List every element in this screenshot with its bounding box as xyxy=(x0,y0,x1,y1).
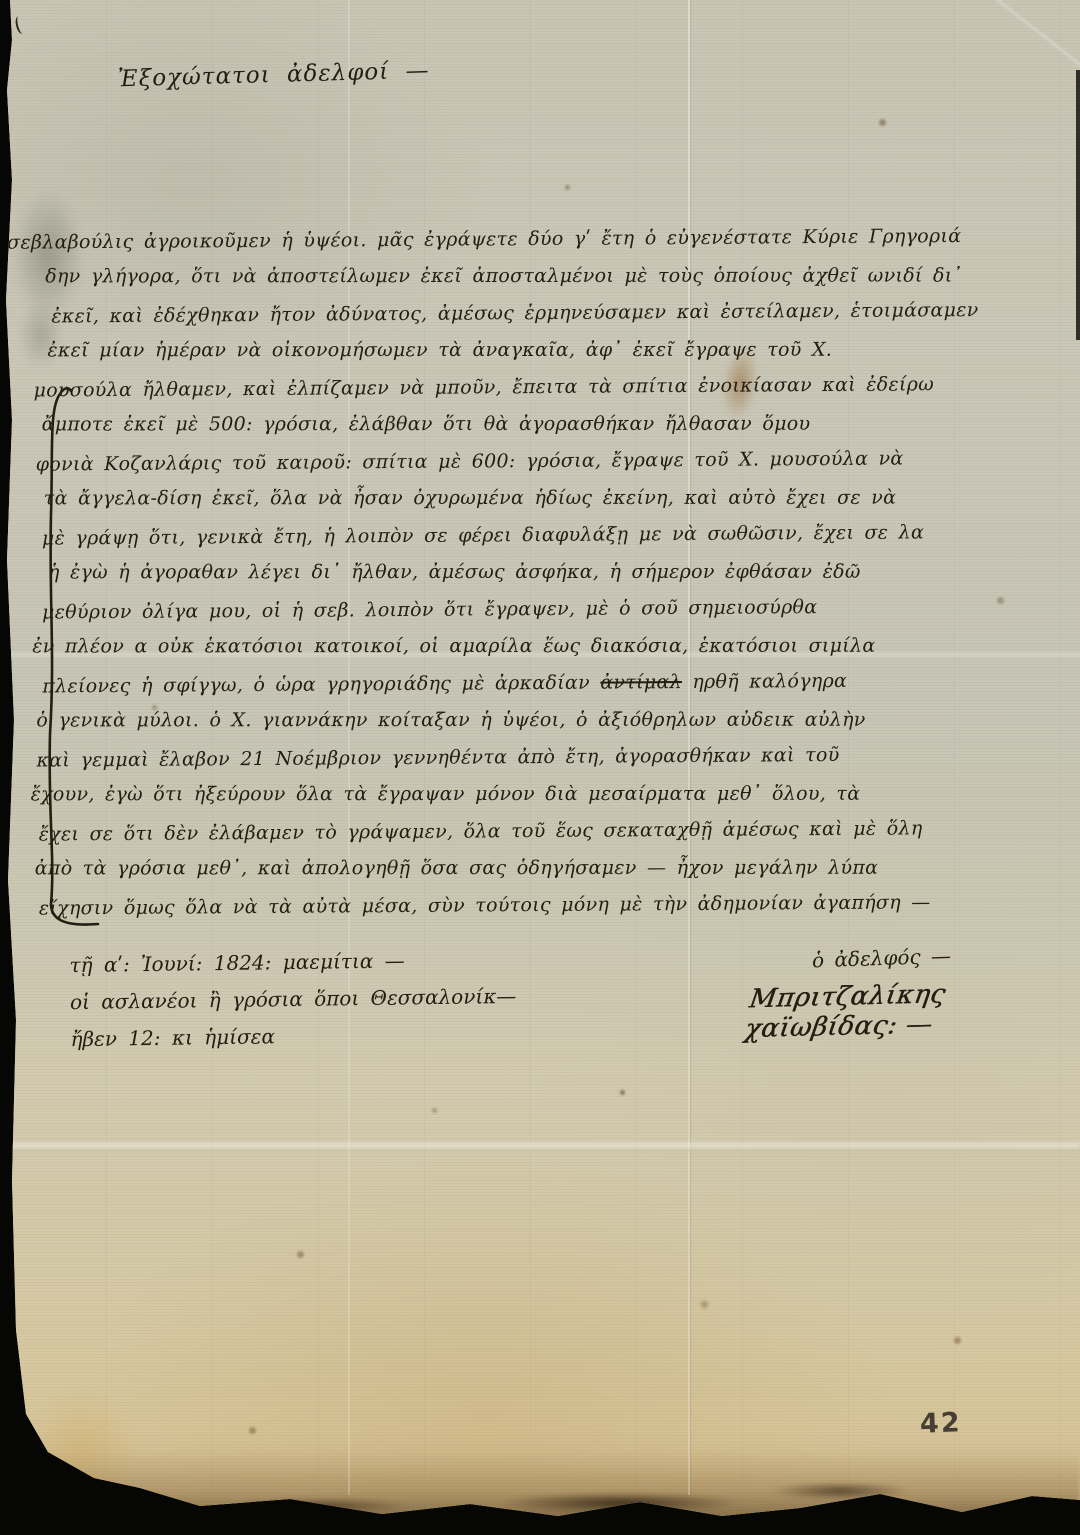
letter-body: σεβλαβούλις ἀγροικοῦμεν ἡ ὑψέοι. μᾶς ἐγρ… xyxy=(7,220,1065,926)
horizontal-fold-crease xyxy=(0,1142,1080,1149)
scan-edge-shadow xyxy=(1076,70,1080,340)
date-block: τῇ αʹ: Ἰουνί: 1824: μαεμίτια — οἱ ασλανέ… xyxy=(69,941,517,1058)
body-line: ἡ ἐγὼ ἡ ἀγοραθαν λέγει δι᾽ ἤλθαν, ἀμέσως… xyxy=(48,554,1064,592)
body-line: ἔχει σε ὅτι δὲν ἐλάβαμεν τὸ γράψαμεν, ὅλ… xyxy=(39,809,1065,853)
body-line: ἐκεῖ μίαν ἡμέραν νὰ οἰκονομήσωμεν τὰ ἀνα… xyxy=(47,332,1063,370)
place-line: οἱ ασλανέοι ἢ γρόσια ὅποι Θεσσαλονίκ— xyxy=(70,978,517,1021)
body-line: ἐκεῖ, καὶ ἐδέχθηκαν ἤτον ἀδύνατος, ἀμέσω… xyxy=(51,291,1063,335)
folio-number: 42 xyxy=(919,1407,962,1439)
foxing-spots xyxy=(0,0,5,5)
body-line: σεβλαβούλις ἀγροικοῦμεν ἡ ὑψέοι. μᾶς ἐγρ… xyxy=(7,217,1063,261)
diagonal-crease xyxy=(971,0,1080,103)
body-line: τὰ ἄγγελα-δίση ἐκεῖ, ὅλα νὰ ἦσαν ὀχυρωμέ… xyxy=(44,480,1064,518)
body-line: ἐν πλέον α οὐκ ἑκατόσιοι κατοικοί, οἱ αμ… xyxy=(32,628,1064,666)
body-line: εἴχησιν ὅμως ὅλα νὰ τὰ αὐτὰ μέσα, σὺν το… xyxy=(39,883,1065,927)
body-line: καὶ γεμμαὶ ἔλαβον 21 Νοέμβριον γεννηθέντ… xyxy=(36,735,1064,779)
amount-line: ἤβεν 12: κι ἡμίσεα xyxy=(70,1015,517,1058)
stray-ink-mark xyxy=(14,15,27,35)
body-line: ὁ γενικὰ μύλοι. ὁ Χ. γιαννάκην κοίταξαν … xyxy=(36,702,1064,740)
body-line-with-correction: πλείονες ἡ σφίγγω, ὁ ὡρα γρηγοριάδης μὲ … xyxy=(42,661,1064,705)
burn-mark xyxy=(770,1482,910,1500)
signature-name: Μπριτζαλίκης χαϊωβίδας: — xyxy=(743,976,1080,1045)
body-line: μουσούλα ἤλθαμεν, καὶ ἐλπίζαμεν νὰ μποῦν… xyxy=(33,365,1063,409)
body-line: ἄμποτε ἐκεῖ μὲ 500: γρόσια, ἐλάβθαν ὅτι … xyxy=(42,406,1064,444)
body-line: ἀπὸ τὰ γρόσια μεθ᾽, καὶ ἀπολογηθῇ ὅσα σα… xyxy=(35,850,1065,888)
burn-mark xyxy=(230,1498,410,1514)
bottom-edge-discoloration xyxy=(40,1452,1080,1522)
corner-discoloration xyxy=(26,1390,136,1510)
body-line: μὲ γράψῃ ὅτι, γενικὰ ἔτη, ἡ λοιπὸν σε φέ… xyxy=(42,513,1064,557)
scanned-letter-page: Ἐξοχώτατοι ἀδελφοί — σεβλαβούλις ἀγροικο… xyxy=(0,0,1080,1535)
body-line: φονιὰ Κοζανλάρις τοῦ καιροῦ: σπίτια μὲ 6… xyxy=(36,439,1064,483)
signature-role: ὁ ἀδελφός — xyxy=(812,944,952,973)
body-line: ἔχουν, ἐγὼ ὅτι ἠξεύρουν ὅλα τὰ ἔγραψαν μ… xyxy=(31,776,1065,814)
body-line: μεθύριον ὀλίγα μου, οἱ ἡ σεβ. λοιπὸν ὅτι… xyxy=(42,587,1064,631)
body-line: δην γλήγορα, ὅτι νὰ ἀποστείλωμεν ἐκεῖ ἀπ… xyxy=(45,258,1063,296)
paper-sheet: Ἐξοχώτατοι ἀδελφοί — σεβλαβούλις ἀγροικο… xyxy=(0,0,1080,1535)
letter-salutation: Ἐξοχώτατοι ἀδελφοί — xyxy=(118,58,430,93)
body-line-segment: πλείονες ἡ σφίγγω, ὁ ὡρα γρηγοριάδης μὲ … xyxy=(42,672,600,698)
date-line: τῇ αʹ: Ἰουνί: 1824: μαεμίτια — xyxy=(69,941,516,984)
struck-out-word: ἀντίμαλ xyxy=(600,671,682,694)
body-line-segment: ηρθῆ καλόγηρα xyxy=(682,670,847,693)
burn-mark xyxy=(500,1492,740,1514)
